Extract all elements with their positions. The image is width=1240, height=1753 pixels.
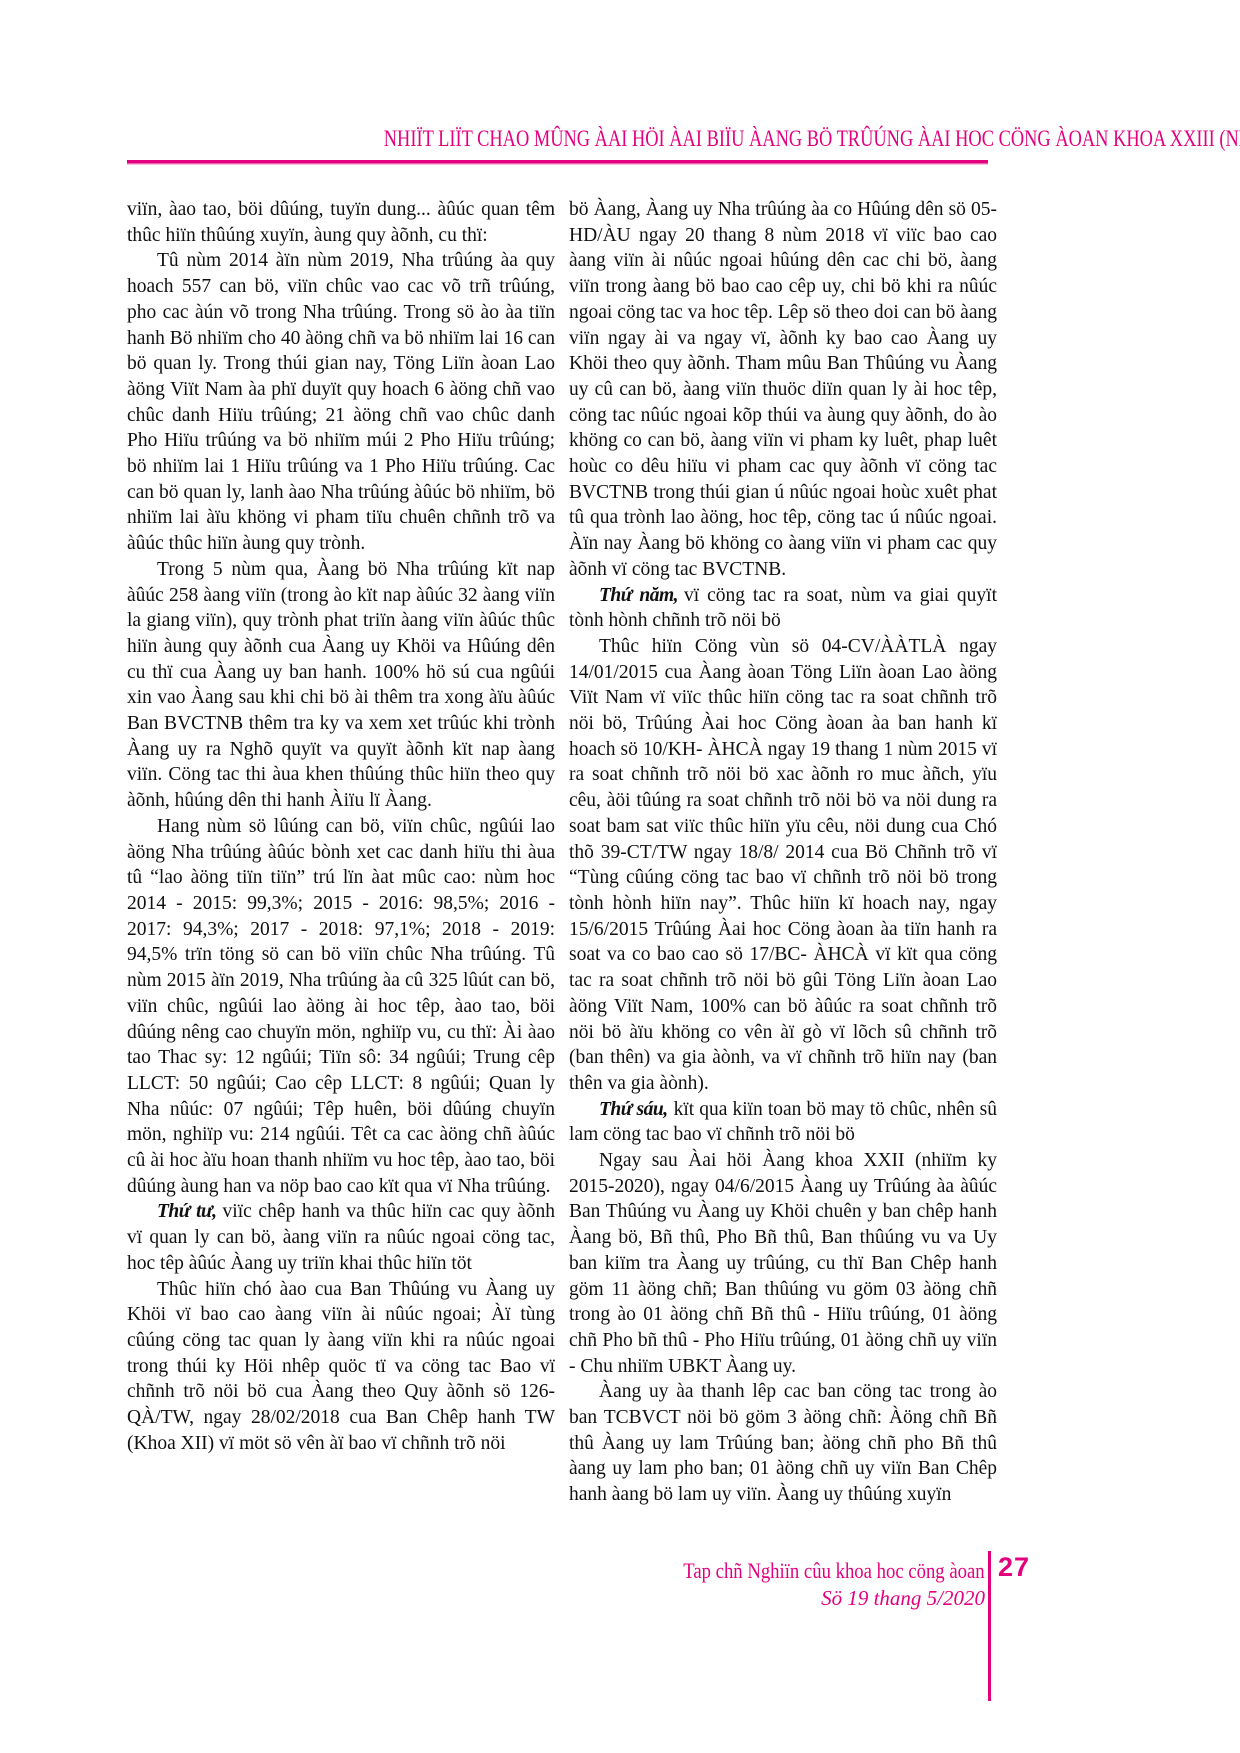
paragraph-lead: Thứ sáu,	[599, 1099, 668, 1120]
page-banner-text: NHIÏT LIÏT CHAO MÛNG ÀAI HÖI ÀAI BIÏU ÀA…	[384, 126, 1240, 152]
paragraph-text: Ngay sau Àai höi Àang khoa XXII (nhiïm k…	[569, 1150, 997, 1377]
left-column: viïn, àao tao, böi dûúng, tuyïn dung... …	[127, 197, 555, 1508]
paragraph-text: viïn, àao tao, böi dûúng, tuyïn dung... …	[127, 199, 555, 246]
paragraph-lead: Thứ năm,	[599, 585, 678, 606]
page-banner: NHIÏT LIÏT CHAO MÛNG ÀAI HÖI ÀAI BIÏU ÀA…	[127, 126, 988, 152]
paragraph: Thûc hiïn Cöng vùn sö 04-CV/ÀÀTLÀ ngay 1…	[569, 634, 997, 1097]
footer-issue: Sö 19 thang 5/2020	[821, 1586, 985, 1611]
paragraph: Thứ sáu,kït qua kiïn toan bö may tö chûc…	[569, 1097, 997, 1148]
page-number: 27	[998, 1552, 1030, 1583]
paragraph-text: Hang nùm sö lûúng can bö, viïn chûc, ngû…	[127, 816, 555, 1197]
footer-journal-text: Tap chñ Nghiïn cûu khoa hoc cöng àoan	[684, 1558, 985, 1584]
paragraph-text: Thûc hiïn Cöng vùn sö 04-CV/ÀÀTLÀ ngay 1…	[569, 636, 997, 1094]
footer-journal-title: Tap chñ Nghiïn cûu khoa hoc cöng àoan	[630, 1558, 985, 1584]
paragraph-text: bö Àang, Àang uy Nha trûúng àa co Hûúng …	[569, 199, 997, 580]
article-body: viïn, àao tao, böi dûúng, tuyïn dung... …	[127, 197, 997, 1508]
right-column: bö Àang, Àang uy Nha trûúng àa co Hûúng …	[569, 197, 997, 1508]
paragraph: Hang nùm sö lûúng can bö, viïn chûc, ngû…	[127, 814, 555, 1200]
paragraph: Àang uy àa thanh lêp cac ban cöng tac tr…	[569, 1379, 997, 1508]
paragraph: Tû nùm 2014 àïn nùm 2019, Nha trûúng àa …	[127, 248, 555, 556]
paragraph-text: Àang uy àa thanh lêp cac ban cöng tac tr…	[569, 1381, 997, 1505]
paragraph: Thứ năm,vï cöng tac ra soat, nùm va giai…	[569, 583, 997, 634]
paragraph: Thứ tư,viïc chêp hanh va thûc hiïn cac q…	[127, 1199, 555, 1276]
paragraph: Trong 5 nùm qua, Àang bö Nha trûúng kït …	[127, 557, 555, 814]
paragraph-lead: Thứ tư,	[157, 1201, 217, 1222]
paragraph: viïn, àao tao, böi dûúng, tuyïn dung... …	[127, 197, 555, 248]
paragraph: Thûc hiïn chó àao cua Ban Thûúng vu Àang…	[127, 1277, 555, 1457]
page-number-rule	[988, 1551, 991, 1701]
paragraph-text: Thûc hiïn chó àao cua Ban Thûúng vu Àang…	[127, 1279, 555, 1454]
banner-rule	[127, 160, 988, 165]
paragraph-text: Tû nùm 2014 àïn nùm 2019, Nha trûúng àa …	[127, 250, 555, 554]
paragraph: Ngay sau Àai höi Àang khoa XXII (nhiïm k…	[569, 1148, 997, 1379]
paragraph: bö Àang, Àang uy Nha trûúng àa co Hûúng …	[569, 197, 997, 583]
paragraph-text: Trong 5 nùm qua, Àang bö Nha trûúng kït …	[127, 559, 555, 811]
journal-page: NHIÏT LIÏT CHAO MÛNG ÀAI HÖI ÀAI BIÏU ÀA…	[0, 0, 1240, 1753]
